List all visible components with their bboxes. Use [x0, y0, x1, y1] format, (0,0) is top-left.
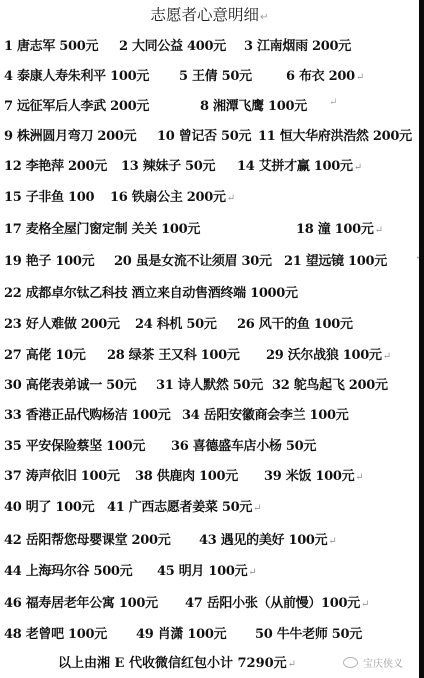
donor-entry: 50 牛牛老师 50元 — [255, 623, 362, 642]
donor-entry: 26 风干的鱼 100元 — [237, 313, 353, 332]
donor-entry-text: 24 科机 50元 — [135, 317, 217, 332]
donor-entry: 43 遇见的美好 100元↵ — [199, 529, 336, 548]
right-edge-border — [419, 0, 424, 678]
donor-entry: 18 潼 100元↵ — [296, 218, 383, 237]
donor-entry-text: 20 虽是女流不让须眉 30元 — [114, 254, 272, 269]
donor-entry: 27 高佬 10元 — [4, 344, 86, 363]
donor-entry: 38 供鹿肉 100元 — [135, 465, 238, 484]
donor-entry-text: 5 王倩 50元 — [179, 69, 252, 84]
donor-entry-text: 37 涛声依旧 100元 — [4, 469, 120, 484]
donor-entry-text: 3 江南烟雨 200元 — [244, 39, 351, 54]
donor-entry-text: 30 高佬表弟诚一 50元 — [4, 378, 136, 393]
donor-entry: 16 铁扇公主 200元↵ — [110, 186, 235, 205]
paragraph-mark-icon: ↵ — [354, 162, 362, 173]
donor-entry: 10 曾记否 50元 — [157, 125, 251, 144]
donor-entry: 46 福寿居老年公寓 100元 — [4, 592, 158, 611]
donor-entry-text: 35 平安保险蔡坚 100元 — [4, 439, 145, 454]
donor-entry-text: 17 麦格全屋门窗定制 关关 100元 — [4, 222, 200, 237]
donor-entry-text: 4 泰康人寿朱利平 100元 — [4, 69, 149, 84]
donor-entry-text: 42 岳阳帮您母婴课堂 200元 — [4, 533, 170, 548]
document-title: 志愿者心意明细↵ — [0, 3, 419, 25]
paragraph-mark-icon: ↵ — [375, 225, 383, 236]
donor-entry: 28 绿茶 王又科 100元 — [107, 344, 240, 363]
donor-entry-text: 23 好人难做 200元 — [4, 317, 120, 332]
paragraph-mark-icon: ↵ — [227, 193, 235, 204]
donor-entry: 41 广西志愿者姜菜 50元↵ — [107, 496, 261, 515]
donor-entry: 19 艳子 100元 — [4, 250, 94, 269]
donor-entry: 31 诗人默然 50元 — [156, 374, 263, 393]
donor-entry: 5 王倩 50元 — [179, 65, 252, 84]
donor-entry: 17 麦格全屋门窗定制 关关 100元 — [4, 218, 200, 237]
total-summary-text: 以上由湘 E 代收微信红包小计 7290元 — [58, 656, 287, 671]
paragraph-mark-icon: ↵ — [253, 503, 261, 514]
paragraph-mark-icon: ↵ — [355, 472, 363, 483]
donor-entry-text: 46 福寿居老年公寓 100元 — [4, 596, 158, 611]
donor-entry: 7 远征军后人李武 200元 — [4, 95, 149, 114]
donor-entry-text: 45 明月 100元 — [157, 564, 247, 579]
donor-entry: 24 科机 50元 — [135, 313, 217, 332]
donor-entry-text: 41 广西志愿者姜菜 50元 — [107, 500, 252, 515]
watermark: 宝庆侠义 — [343, 655, 403, 670]
donor-entry-text: 12 李艳萍 200元 — [4, 159, 107, 174]
donor-entry-text: 21 望远镜 100元 — [284, 254, 387, 269]
donor-entry-text: 39 米饭 100元 — [264, 469, 354, 484]
donor-entry: 8 湘潭飞鹰 100元 — [200, 95, 307, 114]
donor-entry-text: 28 绿茶 王又科 100元 — [107, 348, 240, 363]
donor-entry-text: 2 大同公益 400元 — [119, 39, 226, 54]
donor-entry-text: 48 老曾吧 100元 — [4, 627, 107, 642]
donor-entry: 4 泰康人寿朱利平 100元 — [4, 65, 149, 84]
title-text: 志愿者心意明细 — [151, 6, 260, 24]
donor-entry: 37 涛声依旧 100元 — [4, 465, 120, 484]
paragraph-mark-icon: ↵ — [328, 536, 336, 547]
wechat-icon — [343, 657, 358, 668]
donor-entry-text: 22 成都卓尔钛乙科技 酒立来自动售酒终端 1000元 — [4, 286, 298, 301]
donor-entry: 49 肖潇 100元 — [136, 623, 226, 642]
donor-entry-text: 9 株洲圆月弯刀 200元 — [4, 129, 136, 144]
donor-entry-text: 27 高佬 10元 — [4, 348, 86, 363]
donor-entry: 14 艾拼才赢 100元↵ — [237, 155, 362, 174]
donor-entry-text: 13 辣妹子 50元 — [121, 159, 215, 174]
donor-entry: 22 成都卓尔钛乙科技 酒立来自动售酒终端 1000元 — [4, 282, 298, 301]
donor-entry-text: 8 湘潭飞鹰 100元 — [200, 99, 307, 114]
donor-entry-text: 40 明了 100元 — [4, 500, 94, 515]
donor-entry: 42 岳阳帮您母婴课堂 200元 — [4, 529, 170, 548]
donor-entry-text: 33 香港正品代购杨洁 100元 — [4, 408, 170, 423]
donor-entry-text: 47 岳阳小张（从前慢）100元 — [185, 596, 360, 611]
donor-entry-text: 29 沃尔战狼 100元 — [266, 348, 382, 363]
donor-entry: 40 明了 100元 — [4, 496, 94, 515]
document-page: 志愿者心意明细↵ 1 唐志军 500元2 大同公益 400元3 江南烟雨 200… — [0, 0, 419, 678]
donor-entry-text: 38 供鹿肉 100元 — [135, 469, 238, 484]
paragraph-mark-icon: ↵ — [361, 599, 369, 610]
watermark-text: 宝庆侠义 — [363, 659, 403, 670]
donor-entry-text: 16 铁扇公主 200元 — [110, 190, 226, 205]
donor-entry: 23 好人难做 200元 — [4, 313, 120, 332]
donor-entry-text: 31 诗人默然 50元 — [156, 378, 263, 393]
donor-entry: 1 唐志军 500元 — [4, 35, 98, 54]
donor-entry: 36 喜德盛车店小杨 50元 — [171, 435, 316, 454]
donor-entry-text: 7 远征军后人李武 200元 — [4, 99, 149, 114]
donor-entry: 13 辣妹子 50元 — [121, 155, 215, 174]
donor-entry: 32 鸵鸟起飞 200元 — [272, 374, 388, 393]
donor-entry-text: 1 唐志军 500元 — [4, 39, 98, 54]
paragraph-mark-icon: ↵ — [383, 351, 391, 362]
donor-entry: 39 米饭 100元↵ — [264, 465, 363, 484]
donor-entry: 12 李艳萍 200元 — [4, 155, 107, 174]
paragraph-mark-icon: ↵ — [260, 12, 268, 23]
donor-entry-text: 18 潼 100元 — [296, 222, 374, 237]
paragraph-mark-icon: ↵ — [288, 659, 296, 670]
donor-entry: 48 老曾吧 100元 — [4, 623, 107, 642]
donor-entry: 33 香港正品代购杨洁 100元 — [4, 404, 170, 423]
donor-entry: 47 岳阳小张（从前慢）100元↵ — [185, 592, 369, 611]
donor-entry-text: 44 上海玛尔谷 500元 — [4, 564, 132, 579]
donor-entry: 6 布衣 200↵ — [286, 65, 364, 84]
donor-entry: 15 子非鱼 100 — [4, 186, 94, 205]
donor-entry-text: 36 喜德盛车店小杨 50元 — [171, 439, 316, 454]
donor-entry: 44 上海玛尔谷 500元 — [4, 560, 132, 579]
donor-entry-text: 32 鸵鸟起飞 200元 — [272, 378, 388, 393]
donor-entry: 29 沃尔战狼 100元↵ — [266, 344, 391, 363]
paragraph-mark-icon: ↵ — [248, 567, 256, 578]
donor-entry: 3 江南烟雨 200元 — [244, 35, 351, 54]
donor-entry: 34 岳阳安徽商会李兰 100元 — [182, 404, 348, 423]
donor-entry-text: 19 艳子 100元 — [4, 254, 94, 269]
donor-entry: 35 平安保险蔡坚 100元 — [4, 435, 145, 454]
donor-entry: 30 高佬表弟诚一 50元 — [4, 374, 136, 393]
donor-entry: 45 明月 100元↵ — [157, 560, 256, 579]
donor-entry-text: 26 风干的鱼 100元 — [237, 317, 353, 332]
donor-entry-text: 15 子非鱼 100 — [4, 190, 94, 205]
total-summary: 以上由湘 E 代收微信红包小计 7290元↵ — [58, 652, 296, 671]
donor-entry: 11 恒大华府洪浩然 200元 — [258, 125, 412, 144]
paragraph-mark-icon: ↵ — [329, 97, 337, 108]
donor-entry: 21 望远镜 100元 — [284, 250, 387, 269]
donor-entry-text: 10 曾记否 50元 — [157, 129, 251, 144]
donor-entry-text: 6 布衣 200 — [286, 69, 355, 84]
donor-entry: 20 虽是女流不让须眉 30元 — [114, 250, 272, 269]
donor-entry-text: 34 岳阳安徽商会李兰 100元 — [182, 408, 348, 423]
donor-entry-text: 49 肖潇 100元 — [136, 627, 226, 642]
donor-entry-text: 14 艾拼才赢 100元 — [237, 159, 353, 174]
donor-entry-text: 43 遇见的美好 100元 — [199, 533, 327, 548]
donor-entry-text: 50 牛牛老师 50元 — [255, 627, 362, 642]
paragraph-mark-icon: ↵ — [356, 72, 364, 83]
donor-entry-text: 11 恒大华府洪浩然 200元 — [258, 129, 412, 144]
donor-entry: 9 株洲圆月弯刀 200元 — [4, 125, 136, 144]
donor-entry: 2 大同公益 400元 — [119, 35, 226, 54]
